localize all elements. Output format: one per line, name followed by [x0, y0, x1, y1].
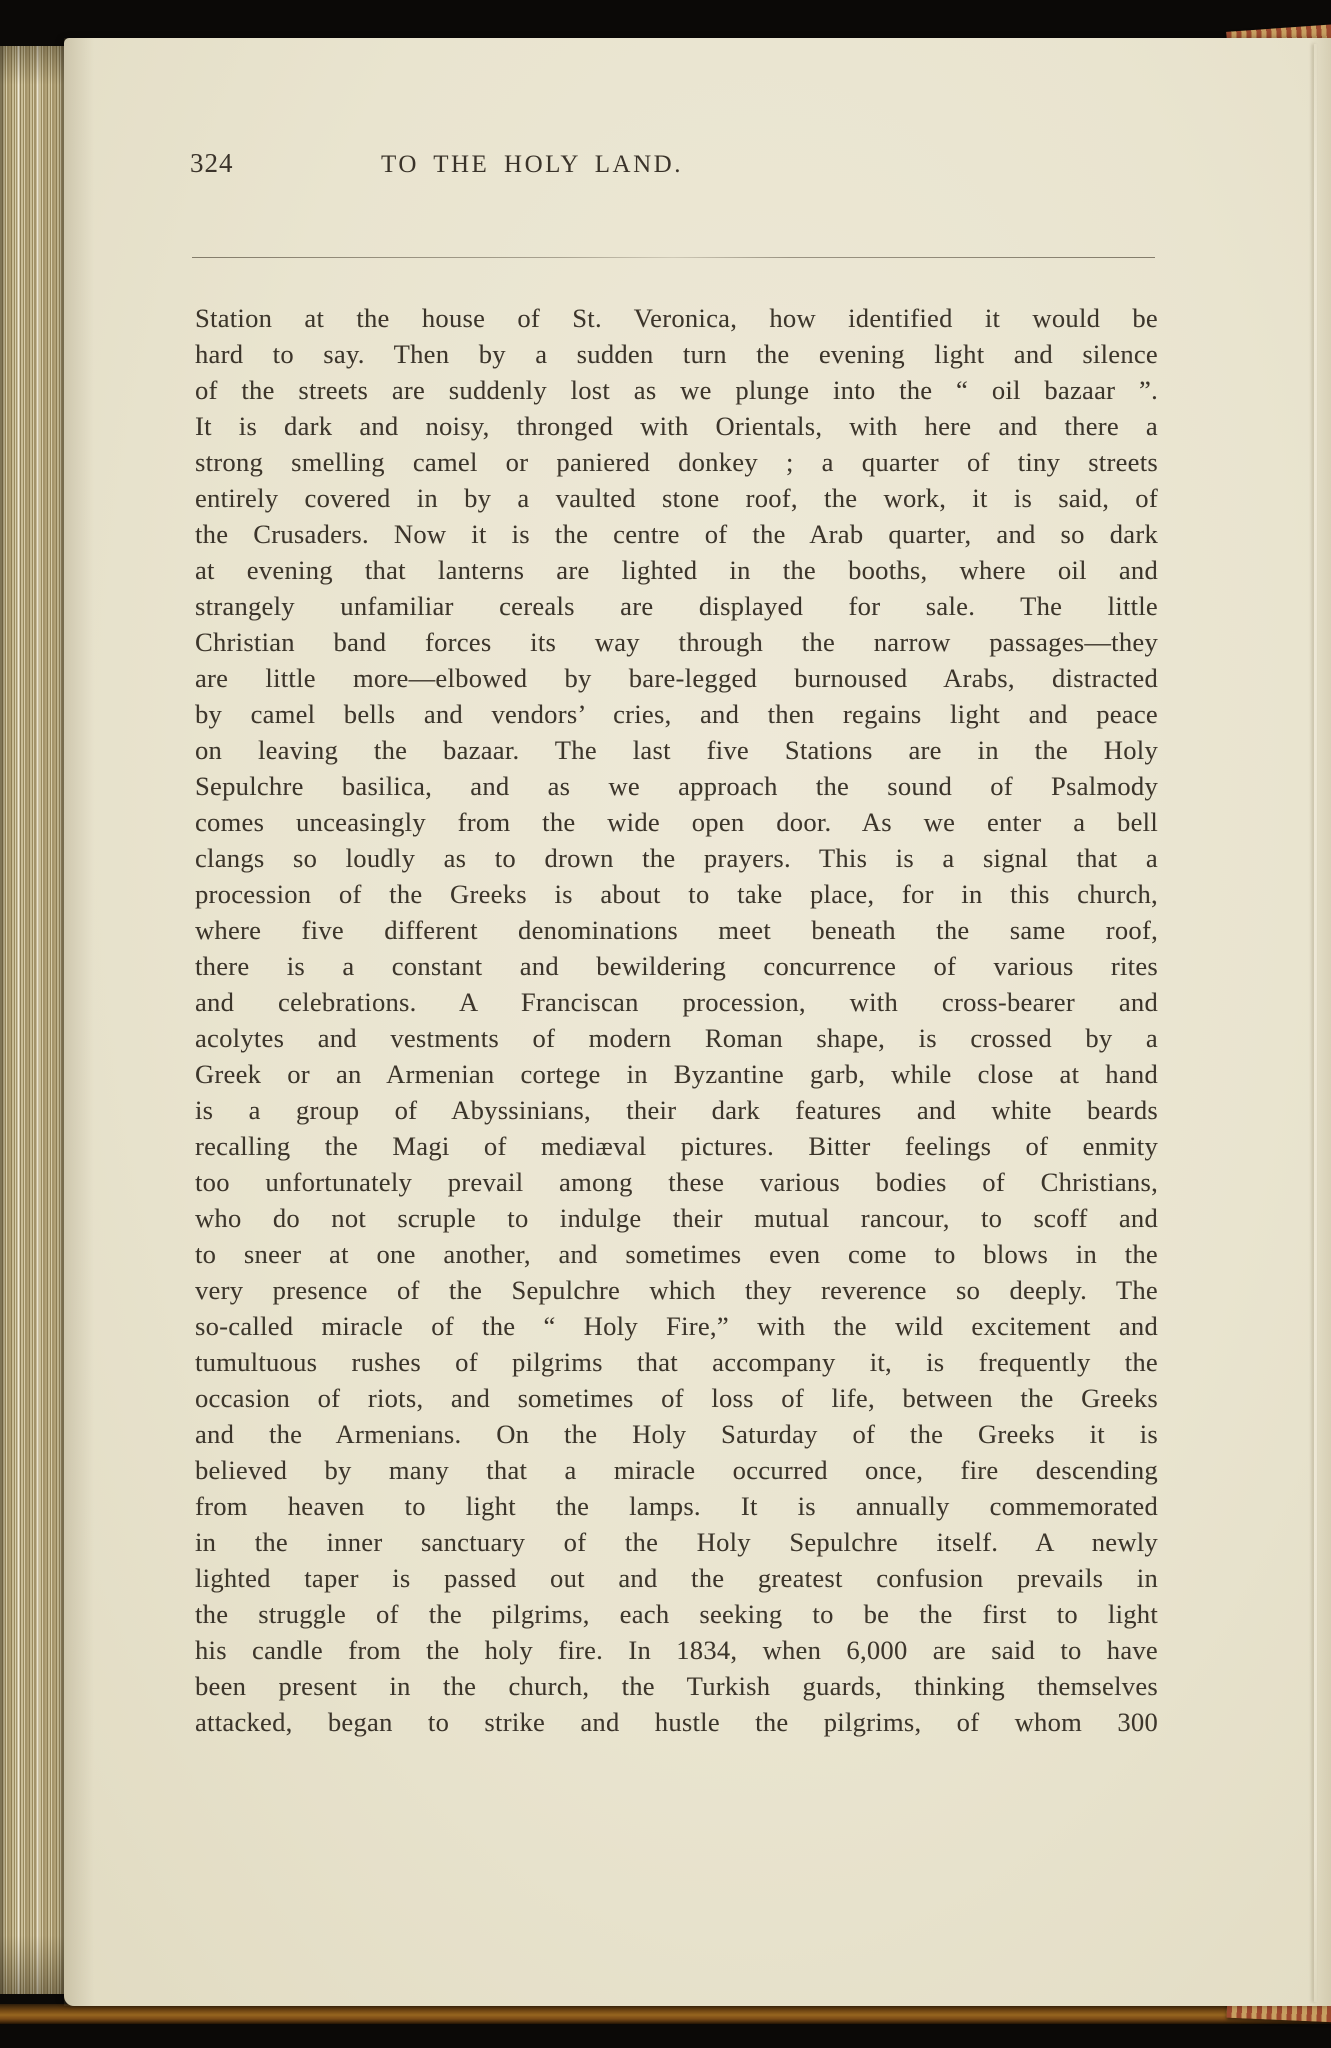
page-number: 324 [190, 150, 234, 177]
header-rule [192, 257, 1155, 258]
running-title: TO THE HOLY LAND. [381, 152, 683, 177]
cover-edge [0, 2004, 1331, 2024]
page-crease [1314, 44, 1317, 2002]
body-text: Station at the house of St. Veronica, ho… [195, 300, 1158, 1740]
scan-background: 324 TO THE HOLY LAND. Station at the hou… [0, 0, 1331, 2048]
book-page: 324 TO THE HOLY LAND. Station at the hou… [64, 38, 1331, 2006]
page-edges [0, 46, 66, 1994]
